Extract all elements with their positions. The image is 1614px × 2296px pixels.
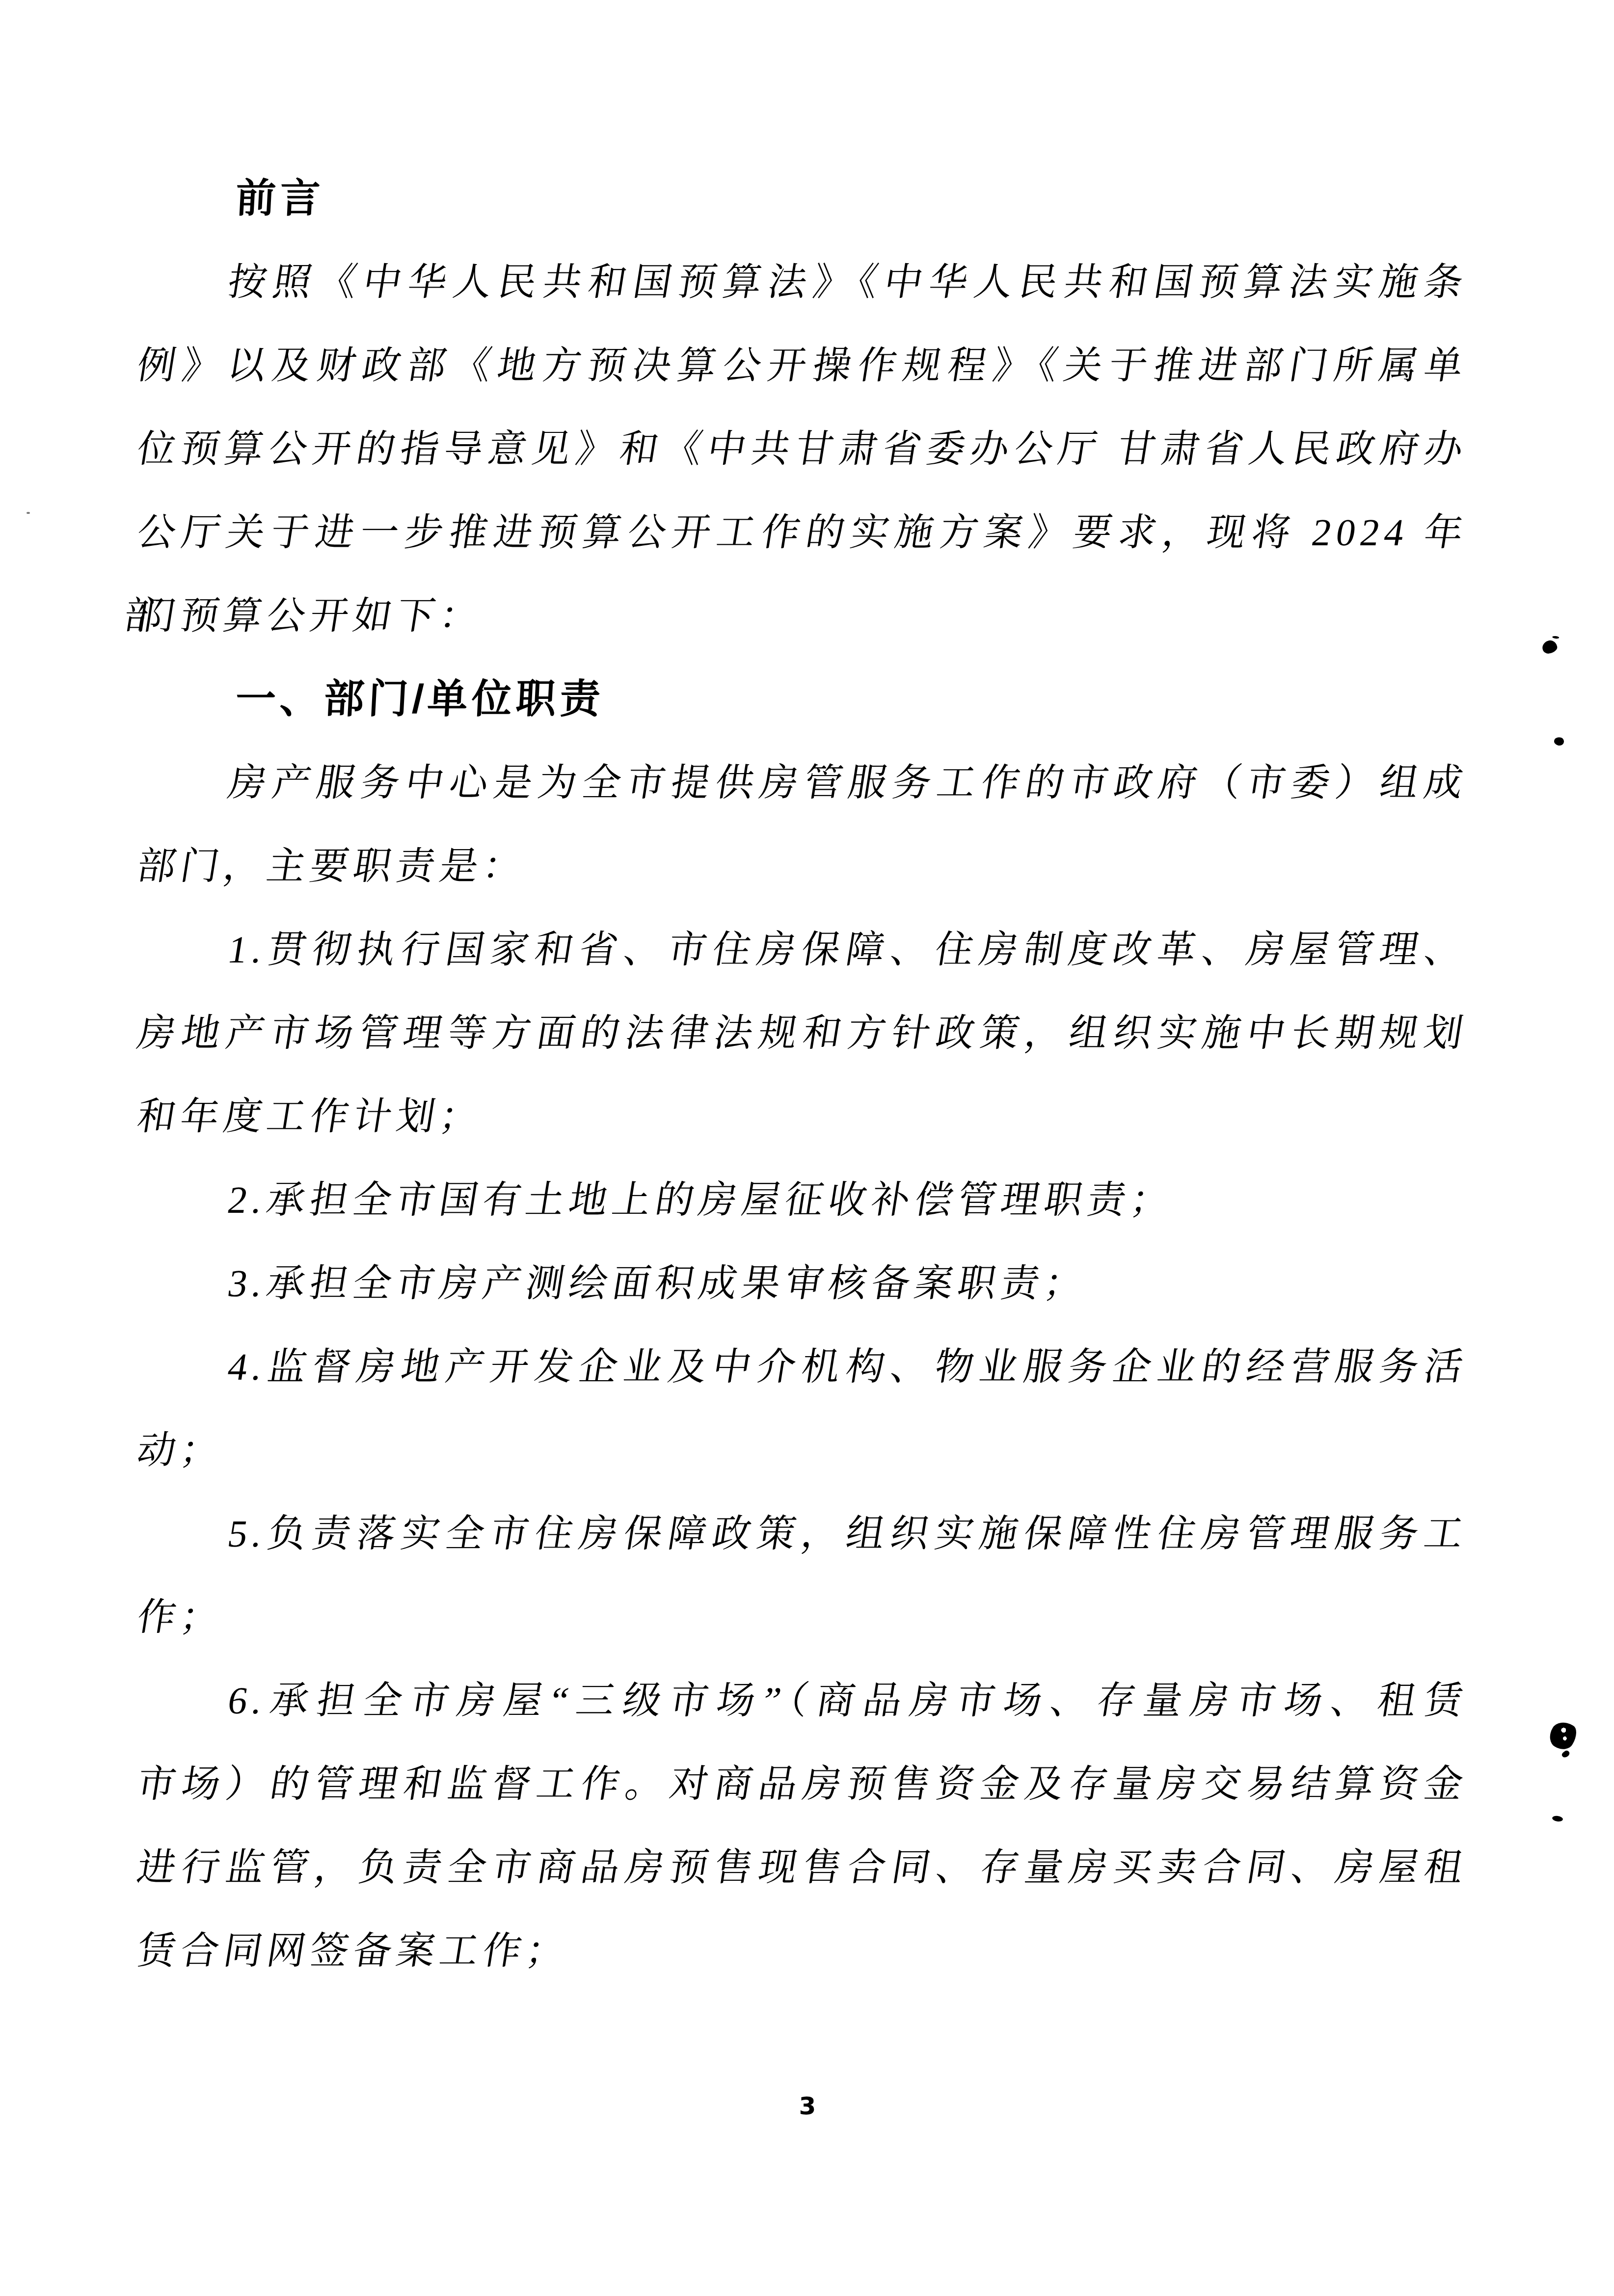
paragraph-line: 公厅关于进一步推进预算公开工作的实施方案》要求，现将 2024 年部 — [131, 491, 1475, 574]
paragraph-line: 按照《中华人民共和国预算法》《中华人民共和国预算法实施条 — [131, 240, 1475, 324]
paragraph-line: 赁合同网签备案工作； — [131, 1909, 1475, 1993]
paragraph-line: 进行监管，负责全市商品房预售现售合同、存量房买卖合同、房屋租 — [131, 1826, 1475, 1909]
ink-blot — [1553, 736, 1565, 747]
ink-blot — [1552, 1815, 1563, 1822]
ink-blot — [1541, 639, 1559, 655]
paragraph-line: 房地产市场管理等方面的法律法规和方针政策，组织实施中长期规划 — [131, 991, 1475, 1075]
paragraph-line: 作； — [131, 1575, 1475, 1659]
paragraph-line: 位预算公开的指导意见》和《中共甘肃省委办公厅 甘肃省人民政府办 — [131, 407, 1475, 491]
paragraph-line: 房产服务中心是为全市提供房管服务工作的市政府（市委）组成 — [131, 741, 1475, 825]
paragraph-line: 和年度工作计划； — [131, 1075, 1475, 1158]
ink-speck — [27, 512, 30, 514]
paragraph-line: 3.承担全市房产测绘面积成果审核备案职责； — [131, 1242, 1475, 1325]
scan-page: { "page": { "number": "3", "background_c… — [0, 0, 1614, 2296]
paragraph-line: 5.负责落实全市住房保障政策，组织实施保障性住房管理服务工 — [131, 1492, 1475, 1575]
paragraph-line: 门预算公开如下： — [131, 574, 1475, 658]
paragraph-line: 6.承担全市房屋“三级市场”（商品房市场、存量房市场、租赁 — [131, 1659, 1475, 1742]
paragraph-line: 4.监督房地产开发企业及中介机构、物业服务企业的经营服务活 — [131, 1325, 1475, 1409]
document-title: 前言 — [135, 157, 1470, 240]
paragraph-line: 1.贯彻执行国家和省、市住房保障、住房制度改革、房屋管理、 — [131, 908, 1475, 991]
paragraph-line: 市场）的管理和监督工作。对商品房预售资金及存量房交易结算资金 — [131, 1742, 1475, 1826]
paragraph-line: 2.承担全市国有土地上的房屋征收补偿管理职责； — [131, 1158, 1475, 1242]
section-heading: 一、部门/单位职责 — [135, 658, 1470, 741]
ink-blot — [1545, 1717, 1581, 1754]
paragraph-line: 例》以及财政部《地方预决算公开操作规程》《关于推进部门所属单 — [131, 324, 1475, 407]
page-number: 3 — [783, 2092, 832, 2120]
paragraph-line: 动； — [131, 1409, 1475, 1492]
document-body: 前言按照《中华人民共和国预算法》《中华人民共和国预算法实施条例》以及财政部《地方… — [137, 157, 1468, 1993]
paragraph-line: 部门，主要职责是： — [131, 825, 1475, 908]
